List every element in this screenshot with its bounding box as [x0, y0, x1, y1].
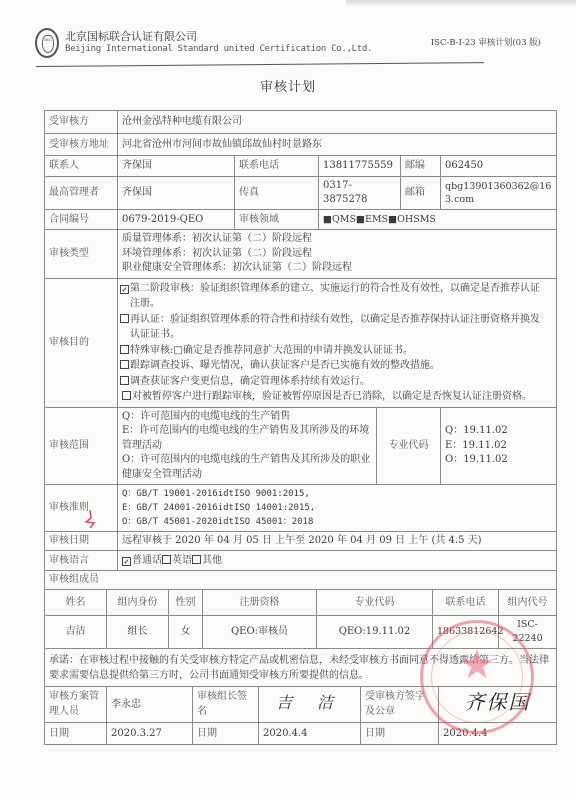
- auditee-value: 沧州金泓特种电缆有限公司: [118, 111, 557, 134]
- zip-value: 062450: [441, 156, 557, 177]
- email-value: qbg13901360362@163.com: [441, 177, 557, 210]
- top-manager-value: 齐保国: [118, 177, 235, 210]
- contract-value: 0679-2019-QEO: [118, 210, 235, 230]
- fax-value: 0317-3875278: [319, 177, 401, 210]
- field-label: 审核领域: [235, 210, 319, 230]
- team-label: 审核组成员: [45, 571, 557, 590]
- checkbox-icon[interactable]: [192, 555, 201, 564]
- address-value: 河北省沧州市河间市故仙镇邱故仙村时景路东: [118, 134, 557, 156]
- audit-purpose-list: 第二阶段审核：验证组织管理体系的建立、实施运行的符合性及有效性，以确定是否推荐认…: [118, 278, 557, 407]
- criteria-lines: Q：GB/T 19001-2016idtISO 9001:2015, E：GB/…: [118, 485, 557, 532]
- professional-code-label: 专业代码: [377, 407, 441, 485]
- checkbox-icon[interactable]: [120, 376, 129, 385]
- purpose-item-change: 调查获证客户变更信息，确定管理体系持续有效运行。: [120, 374, 552, 390]
- program-manager-value: 李永忠: [107, 687, 193, 723]
- letterhead: ISC 北京国标联合认证有限公司 Beijing International S…: [35, 26, 555, 66]
- date-label-2: 日期: [193, 723, 259, 745]
- audit-date-label: 审核日期: [45, 532, 118, 551]
- program-manager-label: 审核方案管理人员: [45, 687, 107, 723]
- contract-label: 合同编号: [45, 210, 118, 230]
- checkbox-checked-icon[interactable]: [120, 285, 129, 294]
- zip-label: 邮编: [401, 156, 441, 177]
- audit-purpose-label: 审核目的: [45, 278, 118, 407]
- purpose-item-stage2: 第二阶段审核：验证组织管理体系的建立、实施运行的符合性及有效性，以确定是否推荐认…: [120, 281, 552, 297]
- table-row: 吉洁 组长 女 QEO:审核员 QEO:19.11.02 18633812642…: [45, 616, 557, 649]
- audit-type-lines: 质量管理体系：初次认证第（二）阶段远程 环境管理体系：初次认证第（二）阶段远程 …: [118, 230, 557, 279]
- language-label: 审核语言: [45, 551, 118, 571]
- date-value-3: 2020.4.4: [439, 723, 557, 745]
- audit-date-value: 远程审核于 2020 年 04 月 05 日 上午至 2020 年 04 月 0…: [118, 532, 557, 551]
- purpose-item-suspended: 对被暂停客户进行跟踪审核，验证被暂停原因是否已消除，以确定是否恢复认证注册资格。: [120, 389, 552, 405]
- team-header-row: 姓名 组内身份 性别 注册资格 专业代码 联系电话 组内代号: [45, 590, 557, 616]
- field-value: ■QMS■EMS■OHSMS: [319, 210, 557, 230]
- auditee-signature: 齐保国: [439, 687, 557, 723]
- date-label-1: 日期: [45, 723, 107, 745]
- contact-value: 齐保国: [118, 156, 235, 177]
- info-table: 受审核方 沧州金泓特种电缆有限公司 受审核方地址 河北省沧州市河间市故仙镇邱故仙…: [44, 110, 557, 571]
- date-value-2: 2020.4.4: [259, 723, 361, 745]
- contact-label: 联系人: [45, 156, 118, 177]
- page-shadow: [346, 0, 576, 6]
- audit-scope-label: 审核范围: [45, 407, 118, 485]
- company-name-cn: 北京国标联合认证有限公司: [65, 28, 197, 44]
- company-name-en: Beijing International Standard united Ce…: [65, 44, 372, 54]
- checkbox-checked-icon[interactable]: [122, 557, 131, 566]
- checkbox-icon[interactable]: [122, 391, 131, 400]
- checkbox-icon[interactable]: [120, 345, 129, 354]
- purpose-item-complaint: 跟踪调查投诉、曝光情况，确认获证客户是否已实施有效的整改措施。: [120, 358, 552, 374]
- audit-plan-form: 受审核方 沧州金泓特种电缆有限公司 受审核方地址 河北省沧州市河间市故仙镇邱故仙…: [44, 110, 556, 745]
- checkbox-icon[interactable]: [120, 360, 129, 369]
- audit-scope-lines: Q：许可范围内的电缆电线的生产销售 E：许可范围内的电缆电线的生产销售及其所涉及…: [118, 407, 377, 485]
- professional-codes: Q：19.11.02 E：19.11.02 O：19.11.02: [441, 407, 557, 485]
- auditee-label: 受审核方: [45, 111, 118, 134]
- email-label: 邮箱: [401, 177, 441, 210]
- leader-signature: 吉 洁: [259, 687, 361, 723]
- team-table: 审核组成员 姓名 组内身份 性别 注册资格 专业代码 联系电话 组内代号 吉洁 …: [44, 570, 557, 687]
- language-options: 普通话英语其他: [118, 551, 557, 571]
- company-logo-icon: ISC: [35, 28, 59, 58]
- purpose-item-special: 特殊审核:□确定是否推荐同意扩大范围的申请并换发认证证书。: [120, 343, 552, 359]
- phone-value: 13811775559: [319, 156, 401, 177]
- top-manager-label: 最高管理者: [45, 177, 118, 210]
- criteria-label: 审核准则: [45, 485, 118, 532]
- leader-sign-label: 审核组长签名: [193, 687, 259, 723]
- auditee-sign-label: 受审核方签字及公章: [361, 687, 439, 723]
- date-label-3: 日期: [361, 723, 439, 745]
- checkbox-icon[interactable]: [120, 314, 129, 323]
- signoff-table: 审核方案管理人员 李永忠 审核组长签名 吉 洁 受审核方签字及公章 齐保国 日期…: [44, 686, 557, 745]
- address-label: 受审核方地址: [45, 134, 118, 156]
- page-title: 审核计划: [0, 76, 576, 95]
- phone-label: 联系电话: [235, 156, 319, 177]
- red-ink-mark: [84, 510, 96, 528]
- confidentiality-commitment: 承诺：在审核过程中接触的有关受审核方特定产品或机密信息，未经受审核方书面同意不得…: [45, 649, 557, 687]
- purpose-item-recert: 再认证：验证组织管理体系的符合性和持续有效性，以确定是否推荐保持认证注册资格并换…: [120, 312, 552, 328]
- date-value-1: 2020.3.27: [107, 723, 193, 745]
- document-code: ISC-B-I-23 审核计划(03 版): [431, 36, 541, 48]
- audit-type-label: 审核类型: [45, 230, 118, 279]
- checkbox-icon[interactable]: [162, 555, 171, 564]
- fax-label: 传真: [235, 177, 319, 210]
